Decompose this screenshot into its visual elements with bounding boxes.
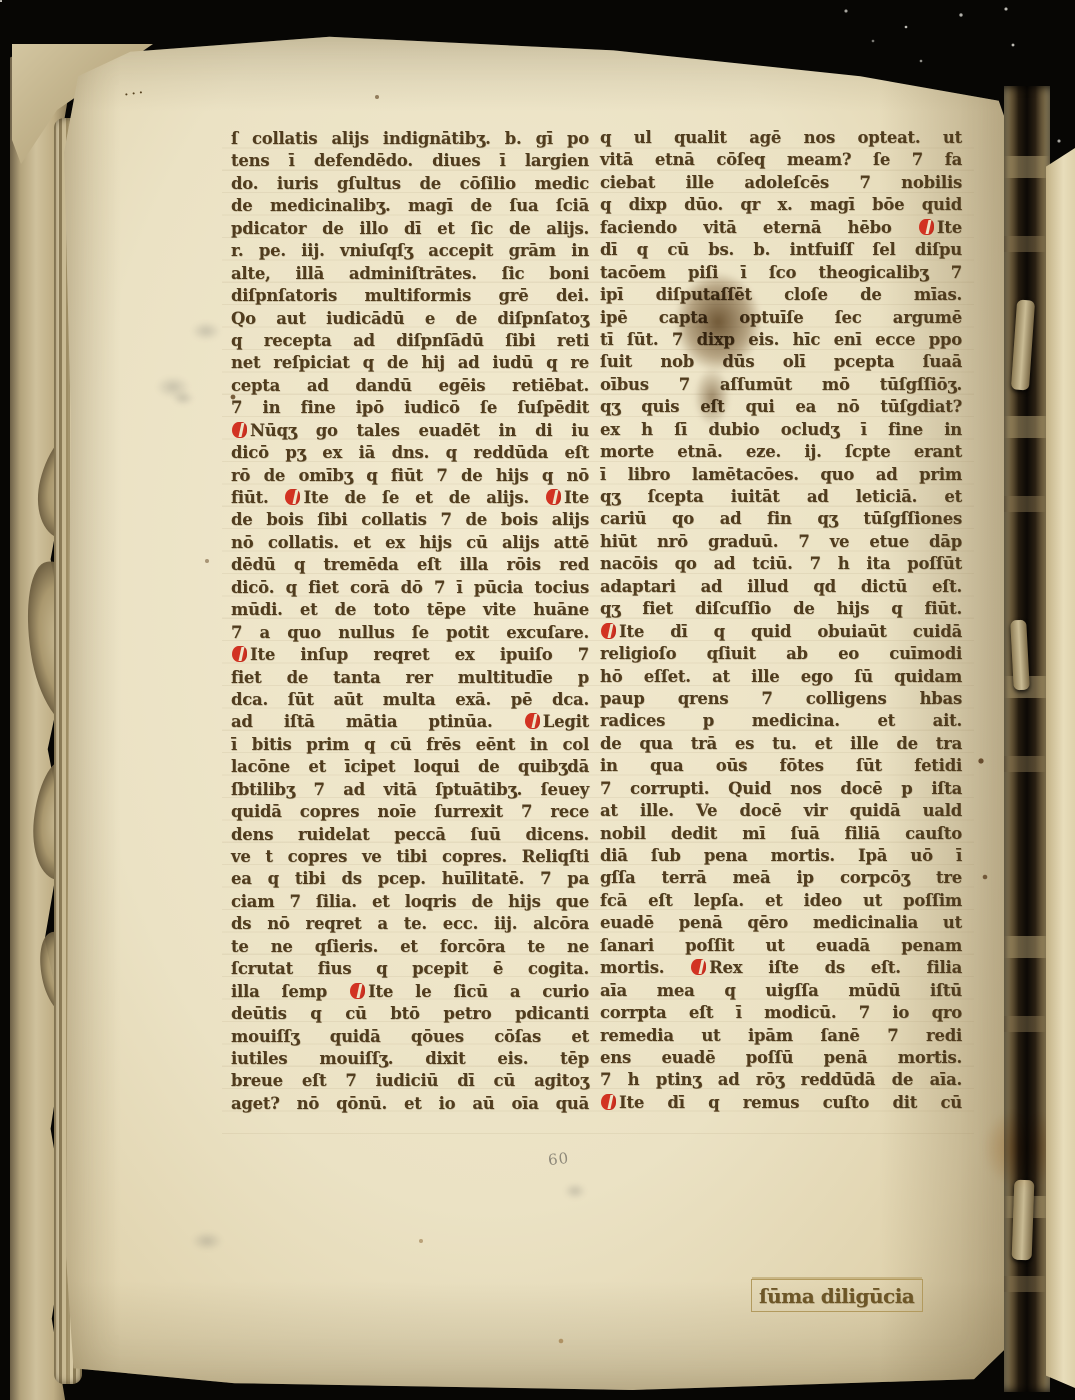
text-line: Nūqʒ go tales euadēt in di iu <box>231 420 589 442</box>
text-line: Ite dī q quid obuiaūt cuidā <box>600 621 962 643</box>
folio-number: 60 <box>547 1149 570 1169</box>
text-line: aget? nō qōnū. et io aū oīa quā <box>231 1093 589 1115</box>
text-line: rō de omībʒ q fiūt 7 de hijs q nō <box>231 465 589 487</box>
text-line: ī libro lamētacōes. quo ad prim <box>600 464 962 486</box>
text-line: mouiſſʒ quidā qōues cōſas et <box>231 1026 589 1048</box>
rubric-paragraph-mark <box>546 489 561 505</box>
text-line: r. pe. iij. vniuſqſʒ accepit grām in <box>231 240 589 262</box>
rubric-paragraph-mark <box>525 713 540 729</box>
rubric-paragraph-mark <box>232 646 247 662</box>
text-line: fiūt. Ite de ſe et de alijs. Ite <box>231 487 589 509</box>
text-line: remedia ut ipām ſanē 7 redi <box>600 1025 962 1047</box>
text-line: gſſa terrā meā ip corpcōʒ tre <box>600 867 962 889</box>
rubric-paragraph-mark <box>285 489 300 505</box>
text-line: ſuit nob dūs olī pcepta ſuaā <box>600 351 962 373</box>
text-line: ſbtilibʒ 7 ad vitā ſptuātibʒ. ſeuey <box>231 779 589 801</box>
text-line: hiūt nrō graduū. 7 ve etue dāp <box>600 531 962 553</box>
text-line: ſ collatis alijs indignātibʒ. b. gī po <box>231 128 589 150</box>
text-line: cariū qo ad fin qʒ tūſgſſiones <box>600 508 962 530</box>
text-line: vitā etnā cōſeq meam? ſe 7 fa <box>600 149 962 171</box>
text-line: tī ſūt. 7 dixp eis. hīc enī ecce ppo <box>600 329 962 351</box>
text-line: ve t copres ve tibi copres. Reliqſti <box>231 846 589 868</box>
text-line: 7 a quo nullus ſe potit excuſare. <box>231 622 589 644</box>
text-line: dca. ſūt aūt multa exā. pē dca. <box>231 689 589 711</box>
text-line: iutiles mouiſſʒ. dixit eis. tēp <box>231 1048 589 1070</box>
catchword-box: ſūma diligūcia <box>751 1279 923 1312</box>
text-line: nobil dedit mī ſuā filiā cauſto <box>600 823 962 845</box>
text-line: at ille. Ve docē vir quidā uald <box>600 800 962 822</box>
text-line: quidā copres noīe ſurrexit 7 rece <box>231 801 589 823</box>
text-line: alte, illā adminiſtrātes. ſic boni <box>231 263 589 285</box>
binding-cord <box>1012 1180 1035 1261</box>
text-line: de medicinalibʒ. magī de ſua ſciā <box>231 195 589 217</box>
text-column-left: ſ collatis alijs indignātibʒ. b. gī pote… <box>231 128 589 1115</box>
text-line: ens euadē poſſū penā mortis. <box>600 1047 962 1069</box>
text-line: q ul qualit agē nos opteat. ut <box>600 127 962 149</box>
catchword-text: ſūma diligūcia <box>759 1284 914 1308</box>
rubric-paragraph-mark <box>601 1094 616 1110</box>
text-line: pdicator de illo dī et ſic de alijs. <box>231 218 589 240</box>
text-line: oībus 7 aſſumūt mō tūſgſſiōʒ. <box>600 374 962 396</box>
text-line: ea q tibi ds pcep. huīlitatē. 7 pa <box>231 868 589 890</box>
text-line: illa ſemp Ite le ſicū a curio <box>231 981 589 1003</box>
facing-page-edge <box>1046 148 1075 1388</box>
text-line: ex h ſī dubio ocludʒ ī fine in <box>600 419 962 441</box>
text-line: qʒ ſcepta iuitāt ad leticiā. et <box>600 486 962 508</box>
text-line: ī bitis prim q cū frēs eēnt in col <box>231 734 589 756</box>
text-line: Ite dī q remus cuſto dit cū <box>600 1092 962 1114</box>
text-line: Qo aut iudicādū e de diſpnſatoʒ <box>231 308 589 330</box>
text-line: paup qrens 7 colligens hbas <box>600 688 962 710</box>
text-line: ad iſtā mātia ptinūa. Legit <box>231 711 589 733</box>
text-column-right: q ul qualit agē nos opteat. utvitā etnā … <box>600 127 962 1114</box>
text-line: de qua trā es tu. et ille de tra <box>600 733 962 755</box>
text-line: 7 corrupti. Quid nos docē p iſta <box>600 778 962 800</box>
text-line: lacōne et īcipet loqui de quibʒdā <box>231 756 589 778</box>
text-line: tens ī defendēdo. diues ī largien <box>231 150 589 172</box>
text-line: diā ſub pena mortis. Ipā uō ī <box>600 845 962 867</box>
text-line: dicō. q fiet corā dō 7 ī pūcia tocius <box>231 577 589 599</box>
text-line: tacōem piſi ī ſco theogicalibʒ 7 <box>600 262 962 284</box>
text-line: aīa mea q uigſſa mūdū iſtū <box>600 980 962 1002</box>
text-line: 7 h ptinʒ ad rōʒ reddūdā de aīa. <box>600 1069 962 1091</box>
text-line: fcā eſt lepſa. et ideo ut poſſim <box>600 890 962 912</box>
text-line: radices p medicina. et ait. <box>600 710 962 732</box>
text-line: hō eſſet. at ille ego ſū quidam <box>600 666 962 688</box>
text-line: dēdū q tremēda eſt illa rōis red <box>231 554 589 576</box>
text-line: diſpnſatoris multiformis grē dei. <box>231 285 589 307</box>
rubric-paragraph-mark <box>919 219 934 235</box>
text-line: ciam 7 ſilia. et loqris de hijs que <box>231 891 589 913</box>
text-line: qʒ fiet diſcuſſio de hijs q fiūt. <box>600 598 962 620</box>
text-line: cepta ad dandū egēis retiēbat. <box>231 375 589 397</box>
text-line: qʒ quis eſt qui ea nō tūſgdiat? <box>600 396 962 418</box>
text-line: do. iuris gſultus de cōſilio medic <box>231 173 589 195</box>
text-line: ſcrutat fius q pcepit ē cogita. <box>231 958 589 980</box>
text-line: Ite inſup reqret ex ipuiſo 7 <box>231 644 589 666</box>
text-line: ds nō reqret a te. ecc. iij. alcōra <box>231 913 589 935</box>
rubric-paragraph-mark <box>350 983 365 999</box>
text-line: fiet de tanta rer multitudīe p <box>231 667 589 689</box>
text-line: corrpta eſt ī modicū. 7 io qro <box>600 1002 962 1024</box>
rubric-paragraph-mark <box>232 422 247 438</box>
text-line: nacōis qo ad tciū. 7 h ita poſſūt <box>600 553 962 575</box>
text-line: te ne qſieris. et forcōra te ne <box>231 936 589 958</box>
text-line: dens ruidelat peccā ſuū dicens. <box>231 824 589 846</box>
text-line: adaptari ad illud qd dictū eſt. <box>600 576 962 598</box>
text-line: net reſpiciat q de hij ad iudū q re <box>231 352 589 374</box>
text-line: euadē penā qēro medicinalia ut <box>600 912 962 934</box>
text-line: q recepta ad diſpnſādū ſibi reti <box>231 330 589 352</box>
text-line: ipī diſputaſſēt cloſe de mīas. <box>600 284 962 306</box>
text-line: dicō pʒ ex iā dns. q reddūda eſt <box>231 442 589 464</box>
manuscript-photo: ... ſ collatis alijs indignātibʒ. b. gī … <box>0 0 1075 1400</box>
text-line: mūdi. et de toto tēpe vite huāne <box>231 599 589 621</box>
rubric-paragraph-mark <box>601 623 616 639</box>
text-line: deūtis q cū btō petro pdicanti <box>231 1003 589 1025</box>
page-specks <box>0 0 2 2</box>
text-line: ſanari poſſit ut euadā penam <box>600 935 962 957</box>
text-line: faciendo vitā eternā hēbo Ite <box>600 217 962 239</box>
text-line: ipē capta optuīſe ſec argumē <box>600 307 962 329</box>
text-line: religioſo qſiuit ab eo cuīmodi <box>600 643 962 665</box>
text-line: dī q cū bs. b. intfuiſſ ſel diſpu <box>600 239 962 261</box>
text-line: mortis. Rex iſte ds eſt. filia <box>600 957 962 979</box>
text-line: breue eſt 7 iudiciū dī cū agitoʒ <box>231 1070 589 1092</box>
text-line: q dixp dūo. qr x. magī bōe quid <box>600 194 962 216</box>
text-line: nō collatis. et ex hijs cū alijs attē <box>231 532 589 554</box>
text-line: de bois ſibi collatis 7 de bois alijs <box>231 509 589 531</box>
text-line: ciebat ille adoleſcēs 7 nobilis <box>600 172 962 194</box>
text-line: in qua oūs fōtes ſūt fetidi <box>600 755 962 777</box>
rubric-paragraph-mark <box>691 959 706 975</box>
text-line: 7 in fine ipō iudicō ſe ſuſpēdit <box>231 397 589 419</box>
text-line: morte etnā. eze. ij. ſcpte erant <box>600 441 962 463</box>
